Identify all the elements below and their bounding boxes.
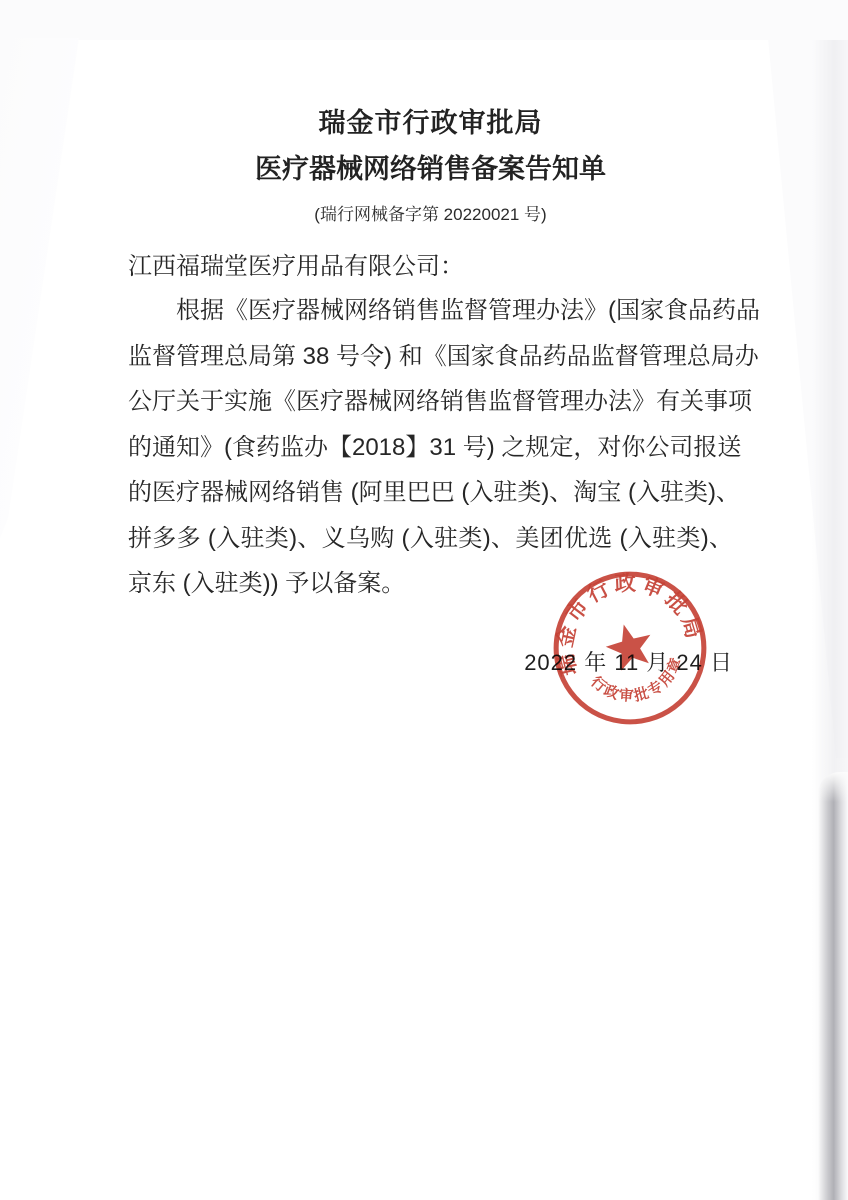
body-line: 监督管理总局第 38 号令) 和《国家食品药品监督管理总局办 [128,334,733,380]
agency-name-heading: 瑞金市行政审批局 [128,101,733,140]
body-line: 公厅关于实施《医疗器械网络销售监督管理办法》有关事项 [128,379,733,425]
red-star-icon [601,619,657,673]
scan-edge-top [0,0,848,40]
body-paragraph: 根据《医疗器械网络销售监督管理办法》(国家食品药品 监督管理总局第 38 号令)… [128,288,733,607]
scan-edge-left [0,38,80,538]
document-title: 医疗器械网络销售备案告知单 [128,147,733,186]
page-curl-shadow [818,772,848,1200]
body-line: 拼多多 (入驻类)、义乌购 (入驻类)、美团优选 (入驻类)、 [128,516,733,562]
body-line: 根据《医疗器械网络销售监督管理办法》(国家食品药品 [128,288,733,334]
recipient-company-line: 江西福瑞堂医疗用品有限公司： [128,246,733,281]
scanned-document-page: 瑞金市行政审批局 医疗器械网络销售备案告知单 (瑞行网械备字第 20220021… [0,0,848,1200]
body-line: 的医疗器械网络销售 (阿里巴巴 (入驻类)、淘宝 (入驻类)、 [128,470,733,516]
official-seal-stamp: 瑞金市行政审批局 行政审批专用章 [544,562,716,734]
reference-number: (瑞行网械备字第 20220021 号) [128,200,733,225]
body-line: 的通知》(食药监办【2018】31 号) 之规定，对你公司报送 [128,425,733,471]
